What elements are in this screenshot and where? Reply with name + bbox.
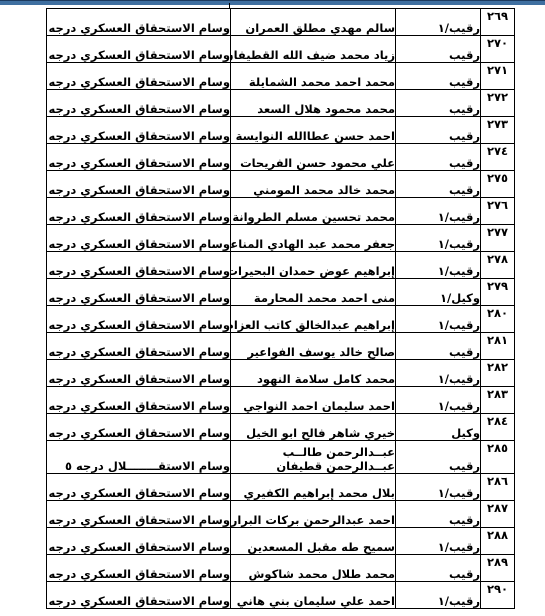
rank-cell: رقيب/١ xyxy=(396,9,481,36)
serial-number-cell: ٢٨٨ xyxy=(481,528,515,555)
name-cell: محمد تحسين مسلم الطروانة xyxy=(231,198,396,225)
serial-number-cell: ٢٧٥ xyxy=(481,171,515,198)
rank-cell: وكيل xyxy=(396,414,481,441)
medal-cell: وسام الاستحقاق العسكري درجه ٥ xyxy=(47,117,231,144)
table-row: ٢٦٩ رقيب/١ سالم مهدي مطلق العمران وسام ا… xyxy=(47,9,515,36)
rank-cell: رقيب xyxy=(396,555,481,582)
rank-cell: رقيب xyxy=(396,501,481,528)
name-cell: احمد حسن عطاالله النوايسة xyxy=(231,117,396,144)
rank-cell: رقيب xyxy=(396,171,481,198)
table-row: ٢٩٠ رقيب/١ احمد علي سليمان بني هاني وسام… xyxy=(47,582,515,609)
medal-cell: وسام الاستحقاق العسكري درجه ٥ xyxy=(47,36,231,63)
name-cell: محمد احمد محمد الشمايلة xyxy=(231,63,396,90)
name-cell: إبراهيم عبدالخالق كاتب العزام xyxy=(231,306,396,333)
medal-cell: وسام الاستحقاق العسكري درجه ٥ xyxy=(47,198,231,225)
medal-cell: وسام الاستحقاق العسكري درجه ٥ xyxy=(47,252,231,279)
name-cell: محمد طلال محمد شاكوش xyxy=(231,555,396,582)
table-row: ٢٧٦ رقيب/١ محمد تحسين مسلم الطروانة وسام… xyxy=(47,198,515,225)
name-cell: سميح طه مقبل المسعدين xyxy=(231,528,396,555)
rank-cell: رقيب/١ xyxy=(396,474,481,501)
name-cell: علي محمود حسن الفريحات xyxy=(231,144,396,171)
name-cell: زياد محمد ضيف الله القطيفان xyxy=(231,36,396,63)
medal-cell: وسام الاستحقاق العسكري درجه ٥ xyxy=(47,414,231,441)
document-page: ٢٦٩ رقيب/١ سالم مهدي مطلق العمران وسام ا… xyxy=(0,0,545,616)
serial-number-cell: ٢٧٠ xyxy=(481,36,515,63)
serial-number-cell: ٢٨٥ xyxy=(481,441,515,474)
serial-number-cell: ٢٧٧ xyxy=(481,225,515,252)
name-cell: احمد علي سليمان بني هاني xyxy=(231,582,396,609)
name-cell: احمد سليمان احمد النواجي xyxy=(231,387,396,414)
table-row: ٢٧٣ رقيب احمد حسن عطاالله النوايسة وسام … xyxy=(47,117,515,144)
table-row: ٢٧٥ رقيب محمد خالد محمد المومني وسام الا… xyxy=(47,171,515,198)
medal-cell: وسام الاستحقاق العسكري درجه ٥ xyxy=(47,555,231,582)
medal-cell: وسام الاستقــــــــلال درجه ٥ xyxy=(47,441,231,474)
rank-cell: رقيب/١ xyxy=(396,582,481,609)
rank-cell: رقيب/١ xyxy=(396,528,481,555)
rank-cell: رقيب/١ xyxy=(396,252,481,279)
rank-cell: رقيب xyxy=(396,441,481,474)
table-row: ٢٨٩ رقيب محمد طلال محمد شاكوش وسام الاست… xyxy=(47,555,515,582)
medal-cell: وسام الاستحقاق العسكري درجه ٥ xyxy=(47,360,231,387)
serial-number-cell: ٢٧٩ xyxy=(481,279,515,306)
name-cell: احمد عبدالرحمن بركات البراري xyxy=(231,501,396,528)
name-cell: محمد كامل سلامة النهود xyxy=(231,360,396,387)
table-row: ٢٧١ رقيب محمد احمد محمد الشمايلة وسام ال… xyxy=(47,63,515,90)
table-row: ٢٨٧ رقيب احمد عبدالرحمن بركات البراري وس… xyxy=(47,501,515,528)
rank-cell: رقيب/١ xyxy=(396,225,481,252)
rank-cell: رقيب xyxy=(396,333,481,360)
name-cell: عبــدالرحمن طالــب عبــدالرحمن قطيفان xyxy=(231,441,396,474)
serial-number-cell: ٢٧٢ xyxy=(481,90,515,117)
medal-cell: وسام الاستحقاق العسكري درجه ٥ xyxy=(47,306,231,333)
medal-cell: وسام الاستحقاق العسكري درجه ٥ xyxy=(47,387,231,414)
table-row: ٢٨٦ رقيب/١ بلال محمد إبراهيم الكفيري وسا… xyxy=(47,474,515,501)
rank-cell: رقيب xyxy=(396,144,481,171)
table-row: ٢٧٢ رقيب محمد محمود هلال السعد وسام الاس… xyxy=(47,90,515,117)
rank-cell: رقيب xyxy=(396,90,481,117)
serial-number-cell: ٢٨٣ xyxy=(481,387,515,414)
medal-cell: وسام الاستحقاق العسكري درجه ٥ xyxy=(47,171,231,198)
serial-number-cell: ٢٨٤ xyxy=(481,414,515,441)
awards-table: ٢٦٩ رقيب/١ سالم مهدي مطلق العمران وسام ا… xyxy=(46,8,515,609)
serial-number-cell: ٢٨٠ xyxy=(481,306,515,333)
name-cell: بلال محمد إبراهيم الكفيري xyxy=(231,474,396,501)
serial-number-cell: ٢٨٩ xyxy=(481,555,515,582)
table-row: ٢٨٣ رقيب/١ احمد سليمان احمد النواجي وسام… xyxy=(47,387,515,414)
rank-cell: رقيب xyxy=(396,117,481,144)
table-row: ٢٨٨ رقيب/١ سميح طه مقبل المسعدين وسام ال… xyxy=(47,528,515,555)
serial-number-cell: ٢٧٦ xyxy=(481,198,515,225)
rank-cell: رقيب xyxy=(396,63,481,90)
medal-cell: وسام الاستحقاق العسكري درجه ٥ xyxy=(47,582,231,609)
serial-number-cell: ٢٧٤ xyxy=(481,144,515,171)
medal-cell: وسام الاستحقاق العسكري درجه ٥ xyxy=(47,63,231,90)
name-cell: سالم مهدي مطلق العمران xyxy=(231,9,396,36)
table-row: ٢٨٢ رقيب/١ محمد كامل سلامة النهود وسام ا… xyxy=(47,360,515,387)
table-row: ٢٨١ رقيب صالح خالد يوسف الفواعير وسام ال… xyxy=(47,333,515,360)
name-cell: صالح خالد يوسف الفواعير xyxy=(231,333,396,360)
rank-cell: رقيب xyxy=(396,36,481,63)
medal-cell: وسام الاستحقاق العسكري درجه ٥ xyxy=(47,501,231,528)
table-row: ٢٧٠ رقيب زياد محمد ضيف الله القطيفان وسا… xyxy=(47,36,515,63)
rank-cell: رقيب/١ xyxy=(396,387,481,414)
table-row: ٢٧٨ رقيب/١ إبراهيم عوض حمدان البحيرات وس… xyxy=(47,252,515,279)
medal-cell: وسام الاستحقاق العسكري درجه ٥ xyxy=(47,9,231,36)
name-cell: جعفر محمد عبد الهادي المناعسة xyxy=(231,225,396,252)
serial-number-cell: ٢٩٠ xyxy=(481,582,515,609)
serial-number-cell: ٢٨١ xyxy=(481,333,515,360)
serial-number-cell: ٢٧٨ xyxy=(481,252,515,279)
rank-cell: رقيب/١ xyxy=(396,306,481,333)
name-cell: محمد خالد محمد المومني xyxy=(231,171,396,198)
medal-cell: وسام الاستحقاق العسكري درجه ٥ xyxy=(47,225,231,252)
medal-cell: وسام الاستحقاق العسكري درجه ٥ xyxy=(47,279,231,306)
medal-cell: وسام الاستحقاق العسكري درجه ٥ xyxy=(47,528,231,555)
table-row: ٢٧٧ رقيب/١ جعفر محمد عبد الهادي المناعسة… xyxy=(47,225,515,252)
table-row: ٢٧٤ رقيب علي محمود حسن الفريحات وسام الا… xyxy=(47,144,515,171)
serial-number-cell: ٢٨٧ xyxy=(481,501,515,528)
awards-table-body: ٢٦٩ رقيب/١ سالم مهدي مطلق العمران وسام ا… xyxy=(47,9,515,609)
name-cell: محمد محمود هلال السعد xyxy=(231,90,396,117)
rank-cell: وكيل/١ xyxy=(396,279,481,306)
name-cell: إبراهيم عوض حمدان البحيرات xyxy=(231,252,396,279)
table-row: ٢٨٥ رقيب عبــدالرحمن طالــب عبــدالرحمن … xyxy=(47,441,515,474)
serial-number-cell: ٢٦٩ xyxy=(481,9,515,36)
table-row: ٢٨٤ وكيل خيري شاهر فالح ابو الخيل وسام ا… xyxy=(47,414,515,441)
medal-cell: وسام الاستحقاق العسكري درجه ٥ xyxy=(47,144,231,171)
serial-number-cell: ٢٧١ xyxy=(481,63,515,90)
rank-cell: رقيب/١ xyxy=(396,198,481,225)
table-row: ٢٨٠ رقيب/١ إبراهيم عبدالخالق كاتب العزام… xyxy=(47,306,515,333)
medal-cell: وسام الاستحقاق العسكري درجه ٥ xyxy=(47,90,231,117)
table-row: ٢٧٩ وكيل/١ منى احمد محمد المحارمة وسام ا… xyxy=(47,279,515,306)
medal-cell: وسام الاستحقاق العسكري درجه ٥ xyxy=(47,333,231,360)
top-accent-bar xyxy=(0,0,545,5)
serial-number-cell: ٢٧٣ xyxy=(481,117,515,144)
serial-number-cell: ٢٨٢ xyxy=(481,360,515,387)
name-cell: خيري شاهر فالح ابو الخيل xyxy=(231,414,396,441)
medal-cell: وسام الاستحقاق العسكري درجه ٥ xyxy=(47,474,231,501)
name-cell: منى احمد محمد المحارمة xyxy=(231,279,396,306)
serial-number-cell: ٢٨٦ xyxy=(481,474,515,501)
rank-cell: رقيب/١ xyxy=(396,360,481,387)
